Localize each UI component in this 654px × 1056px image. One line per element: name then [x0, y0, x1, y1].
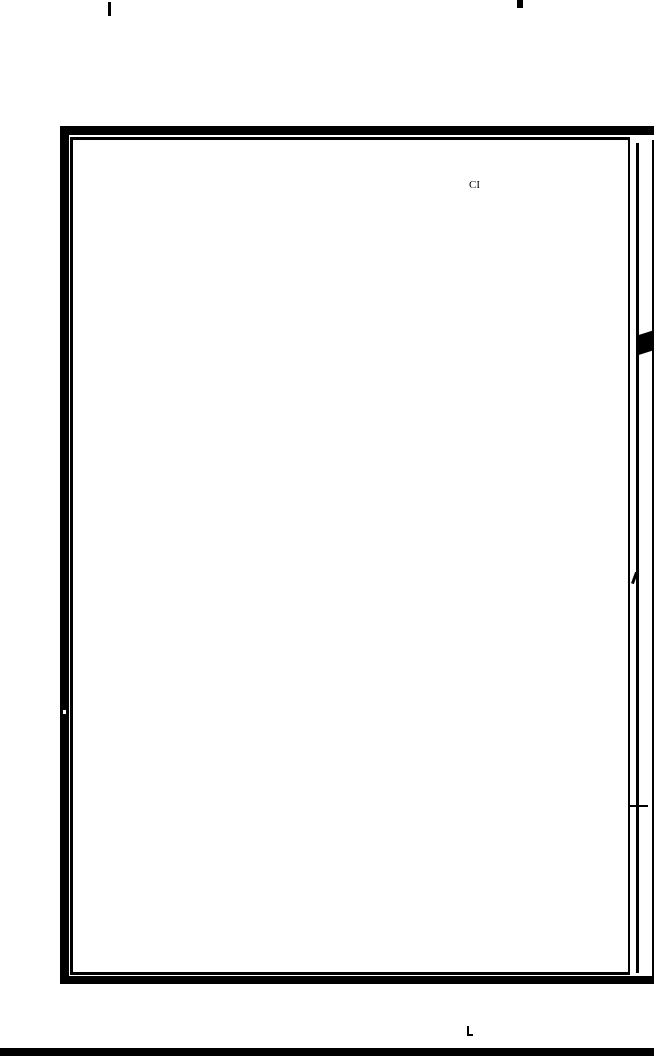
scan-speck — [517, 0, 523, 8]
scan-speck — [63, 710, 66, 714]
page-mark: CI — [469, 179, 480, 191]
bottom-margin-mark — [467, 1026, 469, 1036]
scan-bottom-edge — [0, 1048, 654, 1056]
adjacent-page-box — [628, 805, 648, 973]
scan-speck — [108, 2, 111, 16]
scanned-page: CI — [0, 0, 654, 1056]
inner-border-frame — [70, 137, 630, 975]
